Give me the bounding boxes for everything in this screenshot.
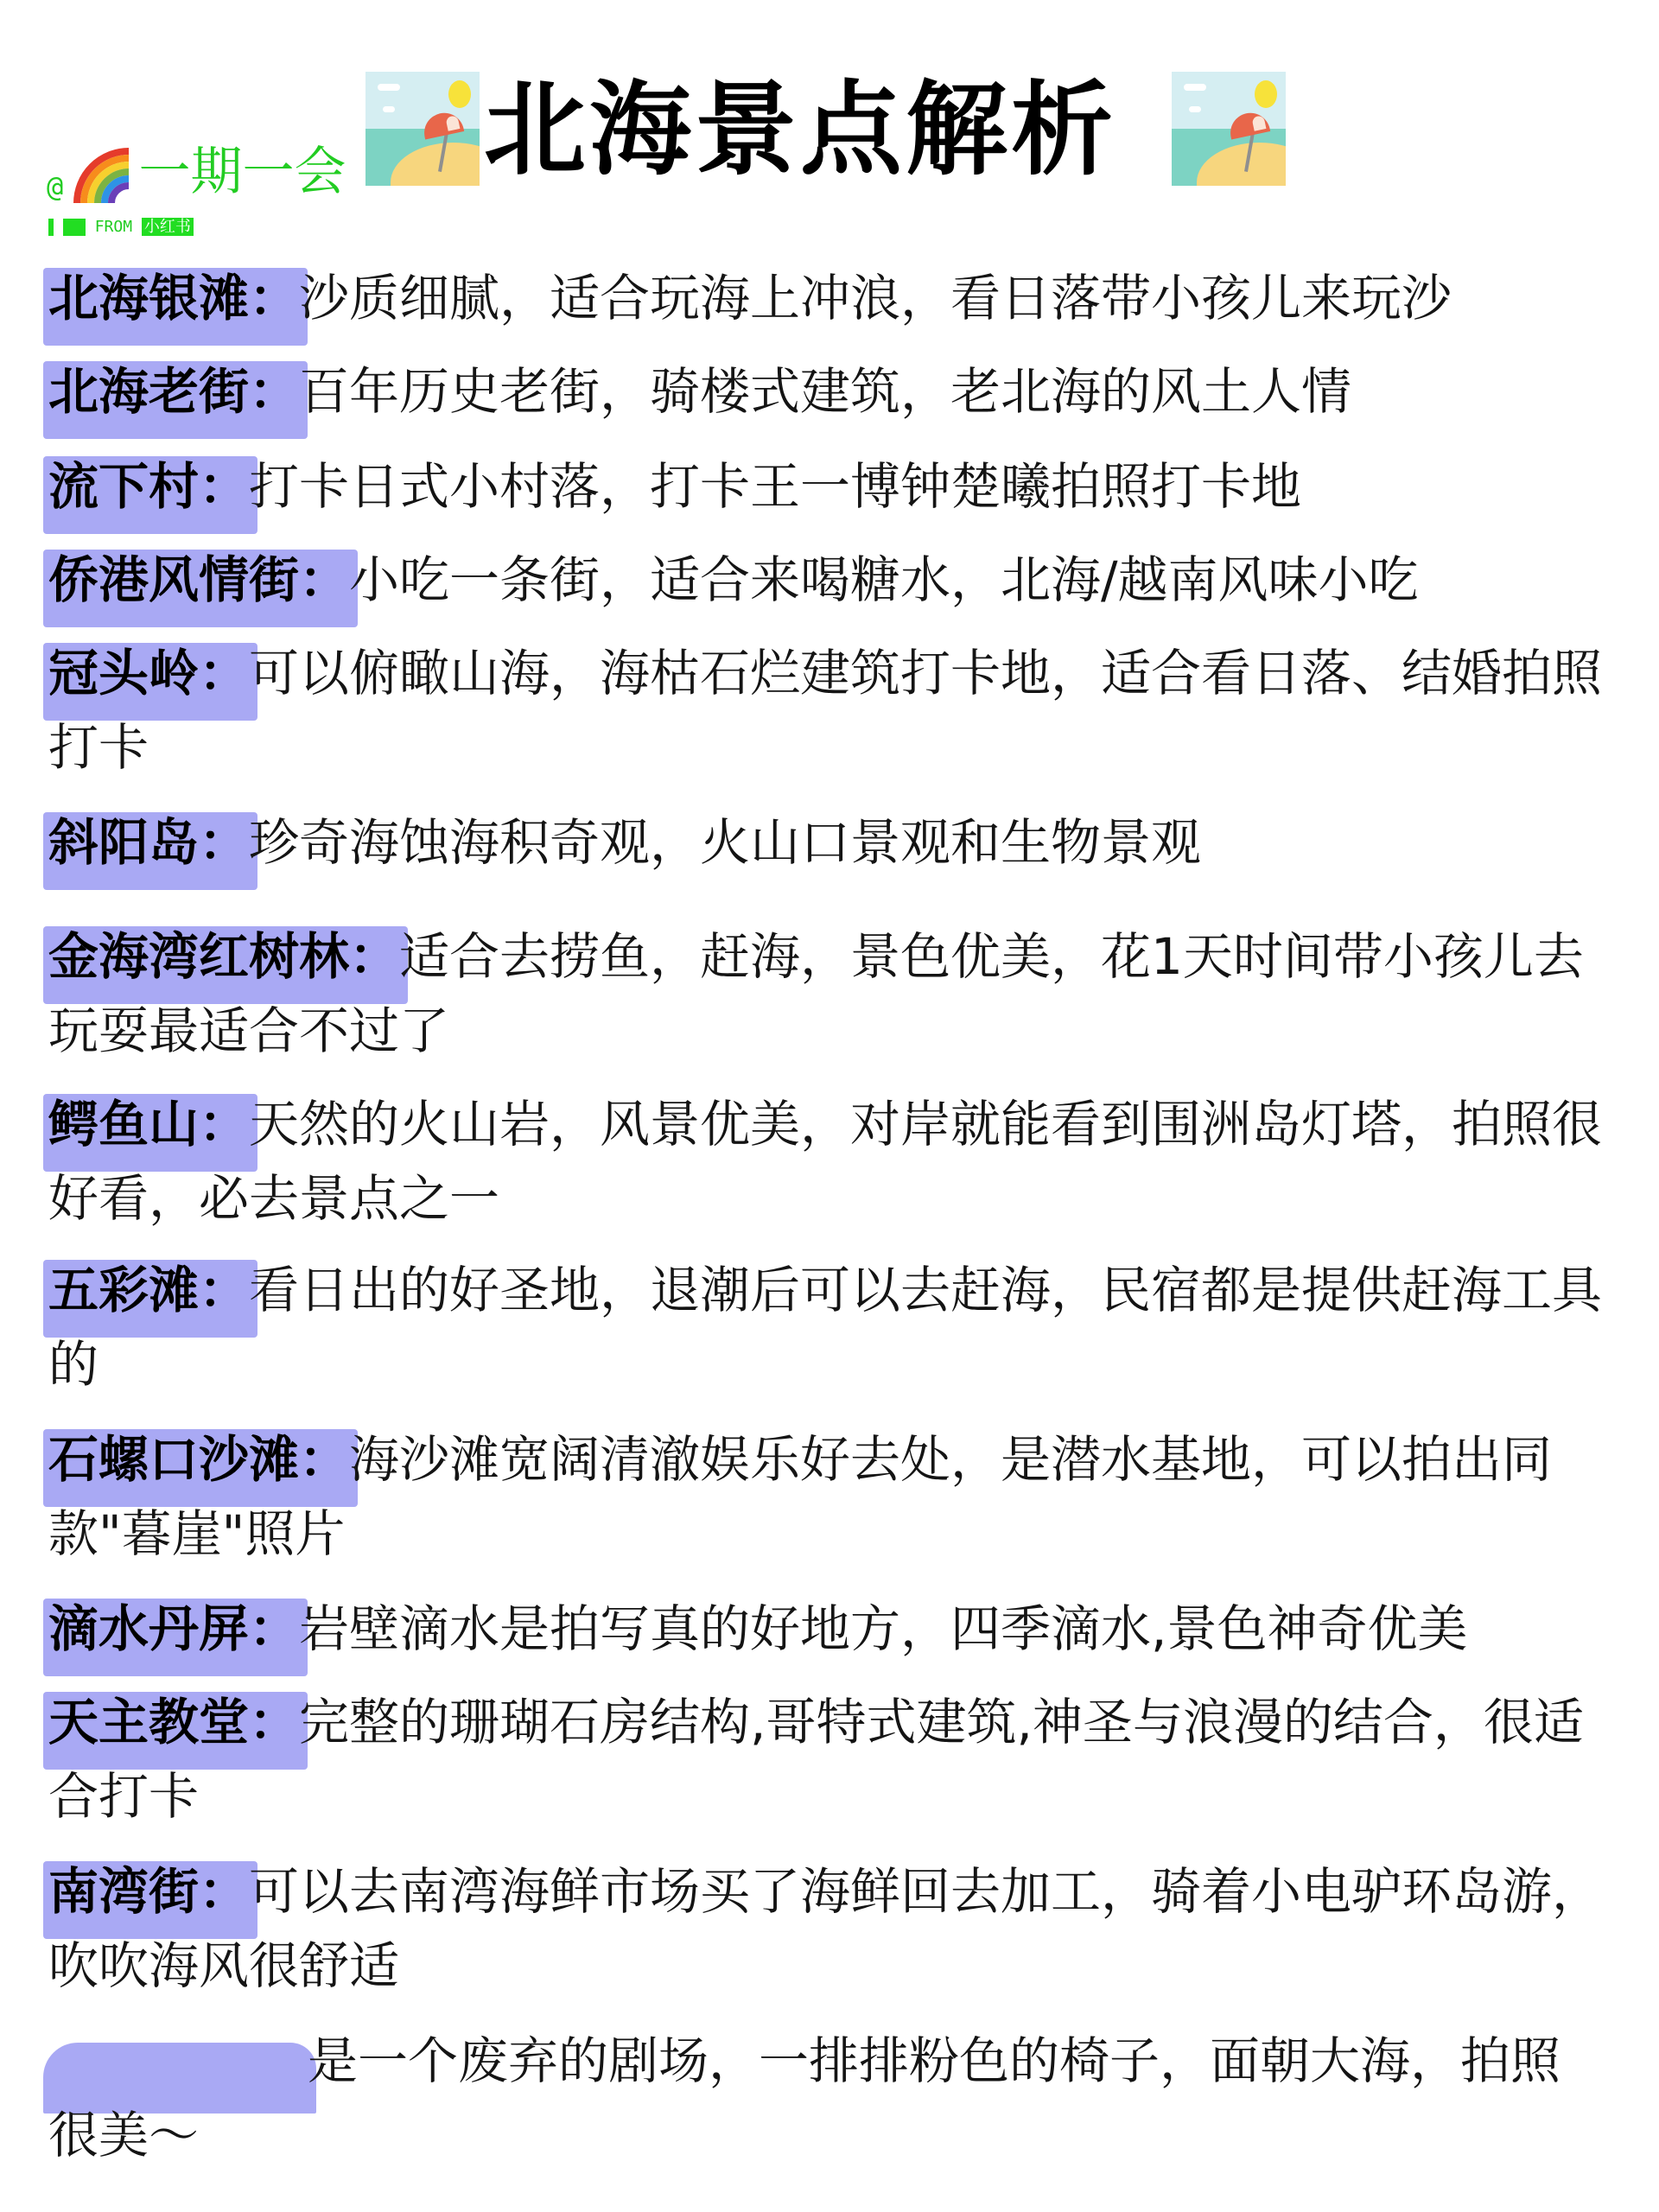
list-item: 金海湾红树林：适合去捞鱼，赶海，景色优美，花1天时间带小孩儿去玩耍最适合不过了 xyxy=(48,919,1604,1068)
spot-name: 流下村： xyxy=(48,449,249,524)
spot-name: 冠头岭： xyxy=(48,636,249,710)
spot-name: 鳄鱼山： xyxy=(48,1087,249,1161)
spot-desc: 百年历史老街，骑楼式建筑，老北海的风土人情 xyxy=(299,362,1351,421)
list-item: 北海银滩：沙质细腻，适合玩海上冲浪，看日落带小孩儿来玩沙 xyxy=(48,261,1604,335)
list-item: 南湾街：可以去南湾海鲜市场买了海鲜回去加工，骑着小电驴环岛游，吹吹海风很舒适 xyxy=(48,1854,1604,2003)
spot-name: 五彩滩： xyxy=(48,1253,249,1327)
spot-desc: 可以去南湾海鲜市场买了海鲜回去加工，骑着小电驴环岛游，吹吹海风很舒适 xyxy=(48,1862,1602,1995)
rainbow-icon xyxy=(73,134,129,203)
spot-name: 南湾街： xyxy=(48,1854,249,1929)
brand-label: 小红书 xyxy=(142,218,194,236)
spot-name: 金海湾红树林： xyxy=(48,919,399,994)
spot-desc: 天然的火山岩，风景优美，对岸就能看到围洲岛灯塔，拍照很好看，必去景点之一 xyxy=(48,1095,1602,1228)
spot-name: 斜阳岛： xyxy=(48,805,249,880)
list-item: 侨港风情街：小吃一条街，适合来喝糖水，北海/越南风味小吃 xyxy=(48,543,1604,617)
spot-name-obscured: ​ xyxy=(48,2024,308,2098)
spot-name: 北海银滩： xyxy=(48,261,299,335)
spot-desc: 沙质细腻，适合玩海上冲浪，看日落带小孩儿来玩沙 xyxy=(299,269,1452,327)
spot-name: 石螺口沙滩： xyxy=(48,1422,349,1497)
list-item: ​是一个废弃的剧场，一排排粉色的椅子，面朝大海，拍照很美～ xyxy=(48,2024,1604,2172)
list-item: 滴水丹屏：岩壁滴水是拍写真的好地方，四季滴水,景色神奇优美 xyxy=(48,1592,1604,1666)
watermark-block xyxy=(63,219,86,236)
spot-name: 侨港风情街： xyxy=(48,543,349,617)
author-watermark: @ 一期一会 xyxy=(47,134,346,203)
spot-desc: 岩壁滴水是拍写真的好地方，四季滴水,景色神奇优美 xyxy=(299,1599,1467,1658)
beach-umbrella-icon xyxy=(1172,72,1286,186)
page-title: 北海景点解析 xyxy=(484,73,1116,187)
list-item: 天主教堂：完整的珊瑚石房结构,哥特式建筑,神圣与浪漫的结合，很适合打卡 xyxy=(48,1685,1604,1834)
spot-name: 天主教堂： xyxy=(48,1685,299,1759)
spot-desc: 珍奇海蚀海积奇观，火山口景观和生物景观 xyxy=(249,813,1201,872)
spot-desc: 小吃一条街，适合来喝糖水，北海/越南风味小吃 xyxy=(349,550,1419,609)
spot-desc: 看日出的好圣地，退潮后可以去赶海，民宿都是提供赶海工具的 xyxy=(48,1261,1602,1394)
list-item: 冠头岭：可以俯瞰山海，海枯石烂建筑打卡地，适合看日落、结婚拍照打卡 xyxy=(48,636,1604,785)
list-item: 北海老街：百年历史老街，骑楼式建筑，老北海的风土人情 xyxy=(48,354,1604,429)
list-item: 鳄鱼山：天然的火山岩，风景优美，对岸就能看到围洲岛灯塔，拍照很好看，必去景点之一 xyxy=(48,1087,1604,1236)
spot-desc: 可以俯瞰山海，海枯石烂建筑打卡地，适合看日落、结婚拍照打卡 xyxy=(48,644,1602,777)
source-watermark: FROM 小红书 xyxy=(48,214,194,237)
author-name: 一期一会 xyxy=(139,142,346,202)
list-item: 斜阳岛：珍奇海蚀海积奇观，火山口景观和生物景观 xyxy=(48,805,1604,880)
list-item: 流下村：打卡日式小村落，打卡王一博钟楚曦拍照打卡地 xyxy=(48,449,1604,524)
list-item: 石螺口沙滩：海沙滩宽阔清澈娱乐好去处，是潜水基地，可以拍出同款"暮崖"照片 xyxy=(48,1422,1604,1571)
from-label: FROM xyxy=(95,218,132,236)
at-symbol: @ xyxy=(47,170,63,203)
spot-name: 滴水丹屏： xyxy=(48,1592,299,1666)
watermark-block xyxy=(48,219,54,236)
list-item: 五彩滩：看日出的好圣地，退潮后可以去赶海，民宿都是提供赶海工具的 xyxy=(48,1253,1604,1402)
spot-desc: 打卡日式小村落，打卡王一博钟楚曦拍照打卡地 xyxy=(249,457,1301,516)
beach-umbrella-icon xyxy=(365,72,480,186)
spot-name: 北海老街： xyxy=(48,354,299,429)
header: 北海景点解析 @ 一期一会 FROM 小红书 xyxy=(0,0,1659,259)
